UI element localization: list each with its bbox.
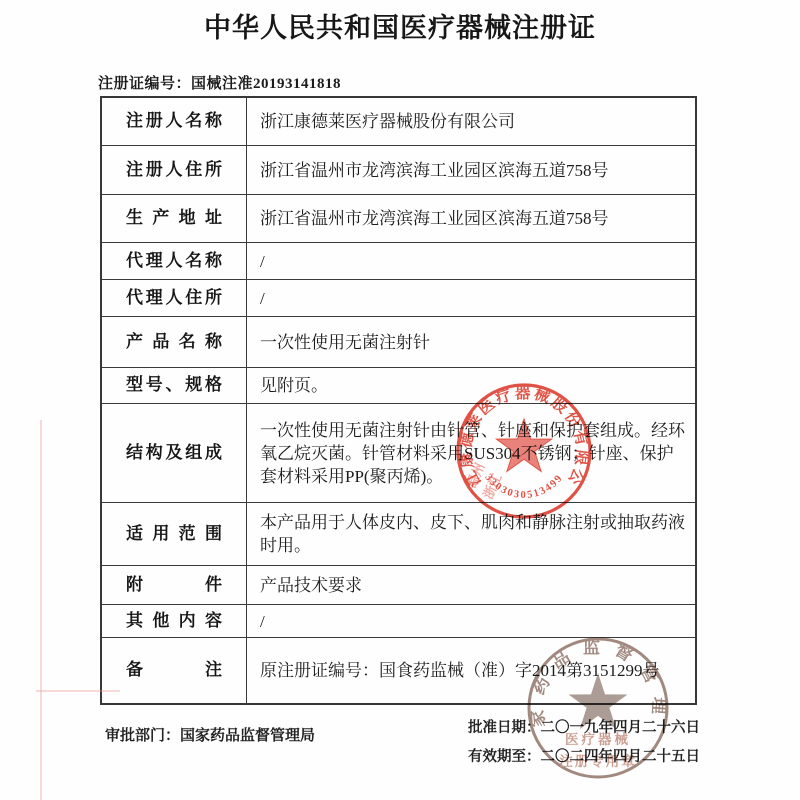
registration-table: 注册人名称 浙江康德莱医疗器械股份有限公司 注册人住所 浙江省温州市龙湾滨海工业… <box>100 96 697 705</box>
row-value: 见附页。 <box>247 368 695 403</box>
scan-artifact-line <box>40 420 42 800</box>
row-label: 注册人住所 <box>102 146 247 194</box>
table-row-registrant-address: 注册人住所 浙江省温州市龙湾滨海工业园区滨海五道758号 <box>102 146 695 195</box>
row-label: 代理人住所 <box>102 280 247 316</box>
cert-number-value: 国械注准20193141818 <box>191 76 341 92</box>
row-label: 注册人名称 <box>102 98 247 145</box>
row-label: 代理人名称 <box>102 243 247 279</box>
row-value: 浙江省温州市龙湾滨海工业园区滨海五道758号 <box>247 146 695 194</box>
table-row-registrant-name: 注册人名称 浙江康德莱医疗器械股份有限公司 <box>102 98 695 146</box>
approval-date-line: 批准日期：二〇一九年四月二十六日 <box>468 714 700 743</box>
row-value: 一次性使用无菌注射针 <box>247 317 695 367</box>
certificate-page: 中华人民共和国医疗器械注册证 注册证编号：国械注准20193141818 注册人… <box>0 0 800 800</box>
table-row-other-content: 其他内容 / <box>102 605 695 638</box>
certificate-title: 中华人民共和国医疗器械注册证 <box>0 6 800 45</box>
table-row-remarks: 备注 原注册证编号：国食药监械（准）字2014第3151299号 <box>102 638 695 703</box>
row-label: 结构及组成 <box>102 404 247 502</box>
table-row-structure-composition: 结构及组成 一次性使用无菌注射针由针管、针座和保护套组成。经环氧乙烷灭菌。针管材… <box>102 404 695 503</box>
row-label: 其他内容 <box>102 605 247 637</box>
valid-until-line: 有效期至：二〇二四年四月二十五日 <box>468 743 700 772</box>
row-value: 浙江省温州市龙湾滨海工业园区滨海五道758号 <box>247 195 695 242</box>
table-row-production-address: 生产地址 浙江省温州市龙湾滨海工业园区滨海五道758号 <box>102 195 695 243</box>
table-row-attachment: 附件 产品技术要求 <box>102 566 695 605</box>
table-row-model-spec: 型号、规格 见附页。 <box>102 368 695 404</box>
row-value: 原注册证编号：国食药监械（准）字2014第3151299号 <box>247 638 695 703</box>
scan-artifact-line <box>36 690 120 692</box>
row-value: 一次性使用无菌注射针由针管、针座和保护套组成。经环氧乙烷灭菌。针管材料采用SUS… <box>247 404 695 502</box>
cert-number-label: 注册证编号： <box>98 76 191 92</box>
row-value: / <box>247 280 695 316</box>
row-label: 生产地址 <box>102 195 247 242</box>
row-value: 产品技术要求 <box>247 566 695 604</box>
row-value: 浙江康德莱医疗器械股份有限公司 <box>247 98 695 145</box>
table-row-agent-address: 代理人住所 / <box>102 280 695 317</box>
table-row-scope-of-use: 适用范围 本产品用于人体皮内、皮下、肌肉和静脉注射或抽取药液时用。 <box>102 503 695 566</box>
row-value: 本产品用于人体皮内、皮下、肌肉和静脉注射或抽取药液时用。 <box>247 503 695 565</box>
row-label: 适用范围 <box>102 503 247 565</box>
row-label: 产品名称 <box>102 317 247 367</box>
row-label: 备注 <box>102 638 247 703</box>
table-row-agent-name: 代理人名称 / <box>102 243 695 280</box>
row-value: / <box>247 243 695 279</box>
row-label: 附件 <box>102 566 247 604</box>
row-label: 型号、规格 <box>102 368 247 403</box>
approval-department: 审批部门：国家药品监督管理局 <box>105 724 315 745</box>
cert-number-line: 注册证编号：国械注准20193141818 <box>98 72 341 93</box>
date-block: 批准日期：二〇一九年四月二十六日 有效期至：二〇二四年四月二十五日 <box>468 714 700 772</box>
row-value: / <box>247 605 695 637</box>
table-row-product-name: 产品名称 一次性使用无菌注射针 <box>102 317 695 368</box>
